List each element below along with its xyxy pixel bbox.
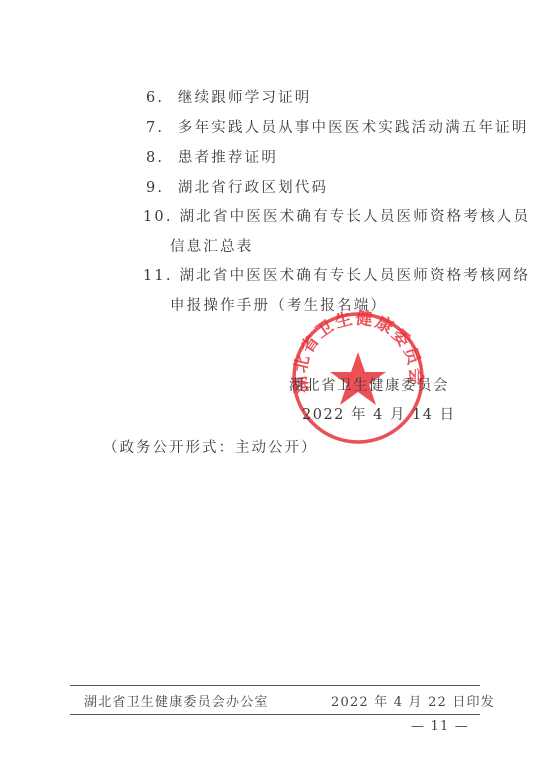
signature-date: 2022 年 4 月 14 日 (302, 403, 456, 424)
item-text: 患者推荐证明 (178, 150, 278, 166)
list-item: 10. 湖北省中医医术确有专长人员医师资格考核人员 (143, 205, 530, 226)
item-number: 10. (143, 209, 173, 225)
item-number: 8. (146, 150, 164, 166)
list-item: 11. 湖北省中医医术确有专长人员医师资格考核网络 (143, 264, 530, 285)
footer-divider-top (70, 685, 480, 686)
item-text: 湖北省中医医术确有专长人员医师资格考核网络 (179, 268, 530, 284)
page-number: — 11 — (411, 719, 469, 734)
item-text: 信息汇总表 (170, 239, 254, 255)
item-number: 7. (146, 120, 164, 136)
item-number: 6. (146, 90, 164, 106)
list-item: 6. 继续跟师学习证明 (146, 86, 311, 107)
list-item-continuation: 信息汇总表 (170, 235, 254, 256)
item-text: 湖北省行政区划代码 (178, 180, 328, 196)
footer-divider-bottom (70, 714, 480, 715)
signature-org: 湖北省卫生健康委员会 (289, 374, 449, 395)
footer-print-date: 2022 年 4 月 22 日印发 (331, 691, 495, 710)
item-text: 继续跟师学习证明 (178, 90, 312, 106)
item-number: 11. (143, 268, 173, 284)
item-text: 湖北省中医医术确有专长人员医师资格考核人员 (179, 209, 530, 225)
disclosure-note: （政务公开形式：主动公开） (103, 436, 318, 457)
list-item: 8. 患者推荐证明 (146, 146, 278, 167)
item-text: 多年实践人员从事中医医术实践活动满五年证明 (178, 120, 529, 136)
footer-issuer: 湖北省卫生健康委员会办公室 (84, 691, 269, 710)
list-item: 9. 湖北省行政区划代码 (146, 176, 328, 197)
item-number: 9. (146, 180, 164, 196)
list-item: 7. 多年实践人员从事中医医术实践活动满五年证明 (146, 116, 529, 137)
